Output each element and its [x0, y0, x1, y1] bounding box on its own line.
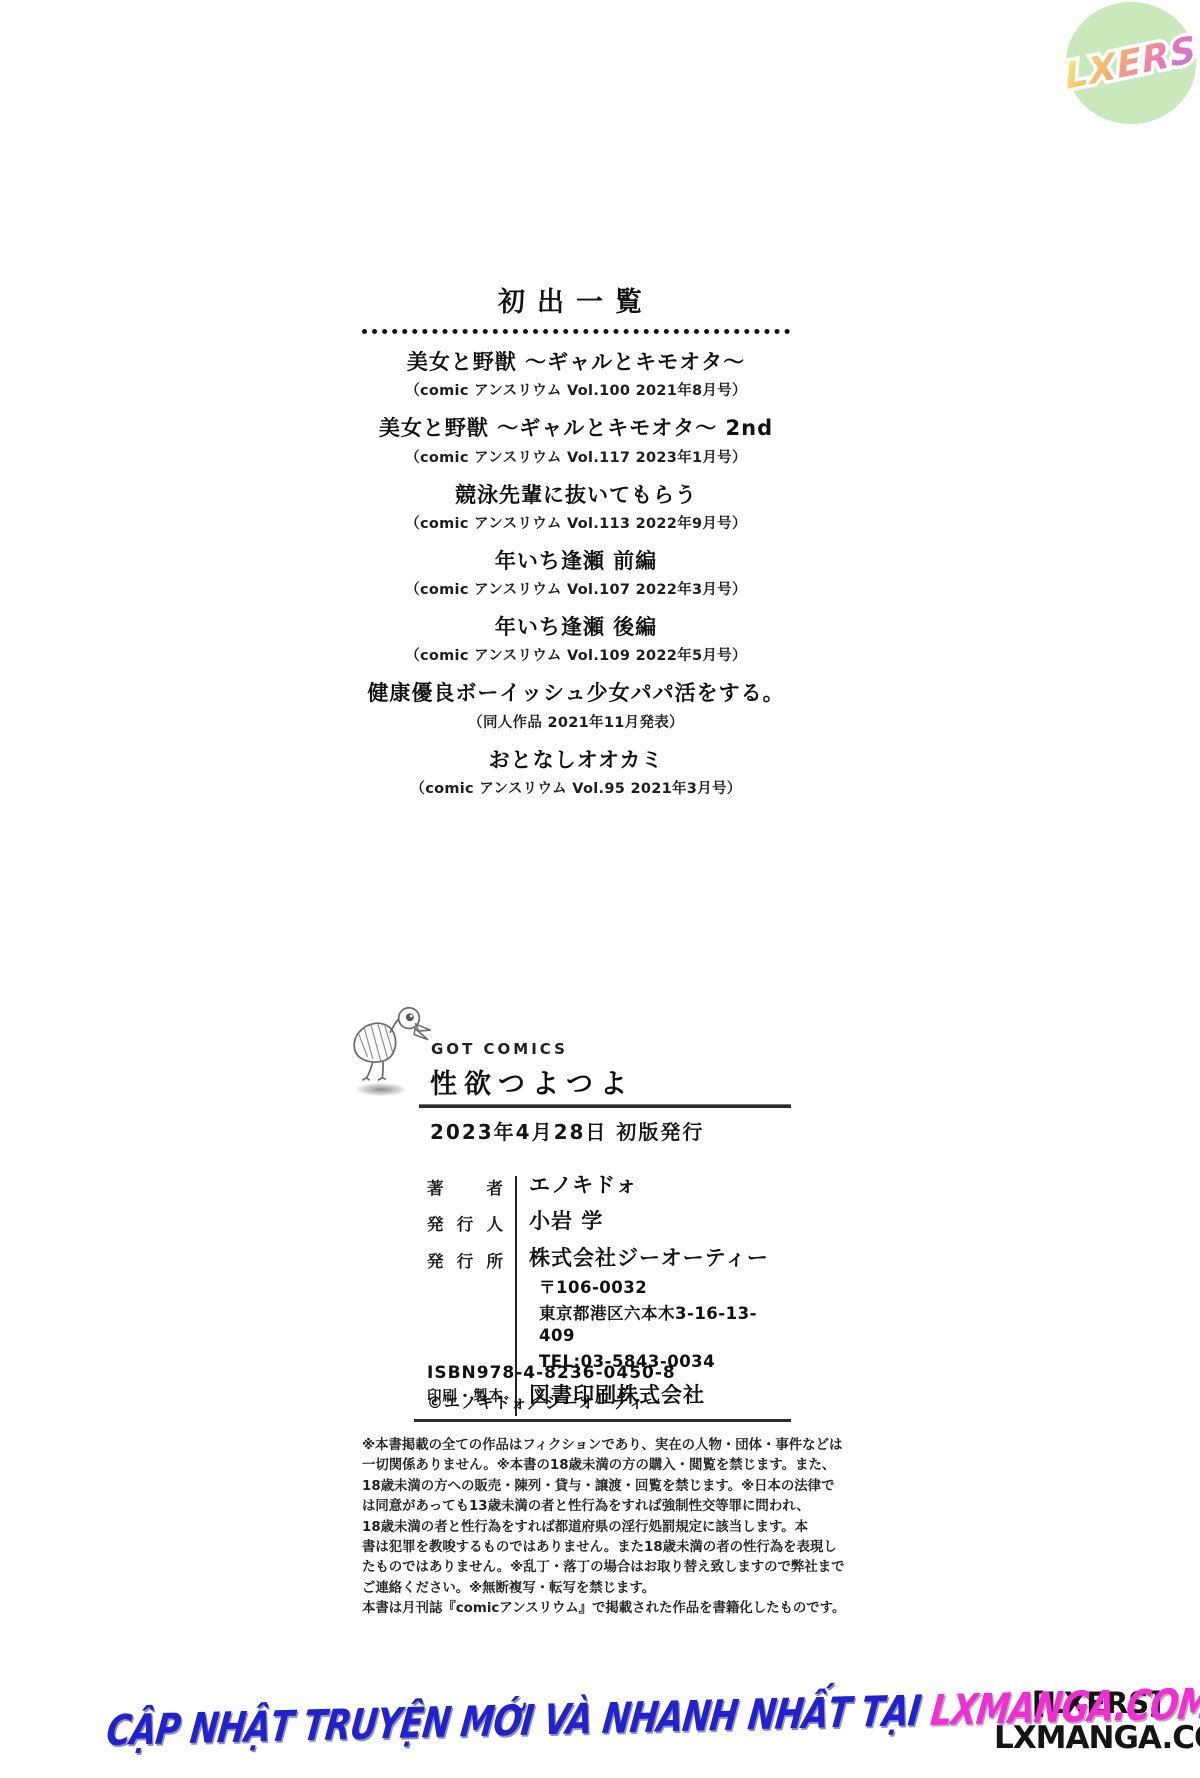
list-item: 年いち逢瀬 後編 （comic アンスリウム Vol.109 2022年5月号） [358, 614, 794, 665]
got-comics-bird-icon [346, 1000, 434, 1082]
list-item: 美女と野獣 ～ギャルとキモオタ～ 2nd （comic アンスリウム Vol.1… [358, 415, 794, 466]
disclaimer-line: 18歳未満の方への販売・陳列・貸与・譲渡・回覧を禁じます。※日本の法律で [362, 1477, 794, 1497]
list-item: おとなしオオカミ （comic アンスリウム Vol.95 2021年3月号） [358, 747, 794, 798]
list-item: 美女と野獣 ～ギャルとキモオタ～ （comic アンスリウム Vol.100 2… [358, 349, 794, 400]
first-publication-list: 初出一覧 美女と野獣 ～ギャルとキモオタ～ （comic アンスリウム Vol.… [358, 280, 794, 798]
publisher-address: 東京都港区六本木3-16-13-409 [529, 1303, 791, 1346]
work-source: （comic アンスリウム Vol.95 2021年3月号） [358, 777, 794, 798]
imprint-label: GOT COMICS [431, 1040, 568, 1058]
disclaimer-line: 書は犯罪を教唆するものではありません。また18歳未満の者の性行為を表現し [362, 1538, 794, 1558]
work-source: （comic アンスリウム Vol.107 2022年3月号） [358, 578, 794, 599]
lxers-logo-text: LXERS [1063, 29, 1198, 98]
disclaimer-line: は同意があっても13歳未満の者と性行為をすれば強制性交等罪に問われ、 [362, 1497, 794, 1517]
work-title: 年いち逢瀬 後編 [358, 614, 794, 640]
work-title: 年いち逢瀬 前編 [358, 548, 794, 574]
disclaimer-line: ご連絡ください。※無断複写・転写を禁じます。 [362, 1579, 794, 1599]
disclaimer-line: 18歳未満の者と性行為をすれば都道府県の淫行処罰規定に該当します。本 [362, 1518, 794, 1538]
credit-value: 株式会社ジーオーティー 〒106-0032 東京都港区六本木3-16-13-40… [503, 1245, 791, 1373]
publisher-postal: 〒106-0032 [529, 1277, 791, 1298]
disclaimer-line: 一切関係ありません。※本書の18歳未満の方の購入・閲覧を禁じます。また、 [362, 1456, 794, 1476]
work-source: （comic アンスリウム Vol.117 2023年1月号） [358, 446, 794, 467]
publisher-name: 株式会社ジーオーティー [529, 1245, 791, 1272]
credit-value: 小岩 学 [503, 1208, 603, 1235]
list-item: 競泳先輩に抜いてもらう （comic アンスリウム Vol.113 2022年9… [358, 482, 794, 533]
title-rule [419, 1104, 791, 1108]
isbn: ISBN978-4-8236-0450-8 [427, 1363, 676, 1383]
work-title: おとなしオオカミ [358, 747, 794, 773]
copyright: ©エノキドォ／ジーオーティー [427, 1390, 662, 1413]
credit-label: 発行人 [427, 1208, 503, 1235]
banner-site-link[interactable]: LXMANGA.COM [928, 1679, 1200, 1735]
print-date: 2023年4月28日 初版発行 [430, 1116, 704, 1145]
work-title: 美女と野獣 ～ギャルとキモオタ～ [358, 349, 794, 375]
table-row: 著者 エノキドォ [427, 1172, 791, 1199]
list-item: 健康優良ボーイッシュ少女パパ活をする。 （同人作品 2021年11月発表） [358, 680, 794, 731]
lxers-logo-badge: LXERS LXERS [1066, 2, 1196, 124]
credit-value: エノキドォ [503, 1172, 638, 1199]
disclaimer-text: ※本書掲載の全ての作品はフィクションであり、実在の人物・団体・事件などは 一切関… [362, 1436, 794, 1620]
dotted-divider [362, 329, 790, 334]
bird-shadow [356, 1083, 406, 1096]
work-title: 健康優良ボーイッシュ少女パパ活をする。 [358, 680, 794, 706]
work-source: （comic アンスリウム Vol.100 2021年8月号） [358, 379, 794, 400]
table-row: 発行所 株式会社ジーオーティー 〒106-0032 東京都港区六本木3-16-1… [427, 1245, 791, 1373]
credit-label: 発行所 [427, 1245, 503, 1272]
disclaimer-line: たものではありません。※乱丁・落丁の場合はお取り替え致しますので弊社まで [362, 1558, 794, 1578]
work-source: （comic アンスリウム Vol.109 2022年5月号） [358, 644, 794, 665]
list-item: 年いち逢瀬 前編 （comic アンスリウム Vol.107 2022年3月号） [358, 548, 794, 599]
credit-label: 著者 [427, 1172, 503, 1199]
scanned-book-page: LXERS LXERS 初出一覧 美女と野獣 ～ギャルとキモオタ～ （comic… [0, 0, 1200, 1778]
work-title: 競泳先輩に抜いてもらう [358, 482, 794, 508]
book-title: 性欲つよつよ [430, 1062, 634, 1101]
banner-text: CẬP NHẬT TRUYỆN MỚI VÀ NHANH NHẤT TẠI [104, 1686, 934, 1755]
table-row: 発行人 小岩 学 [427, 1208, 791, 1235]
first-publication-heading: 初出一覧 [358, 280, 794, 319]
disclaimer-top-rule [414, 1419, 791, 1422]
work-source: （同人作品 2021年11月発表） [358, 711, 794, 732]
disclaimer-line: 本書は月刊誌『comicアンスリウム』で掲載された作品を書籍化したものです。 [362, 1599, 794, 1619]
work-source: （comic アンスリウム Vol.113 2022年9月号） [358, 512, 794, 533]
work-title: 美女と野獣 ～ギャルとキモオタ～ 2nd [358, 415, 794, 441]
disclaimer-line: ※本書掲載の全ての作品はフィクションであり、実在の人物・団体・事件などは [362, 1436, 794, 1456]
